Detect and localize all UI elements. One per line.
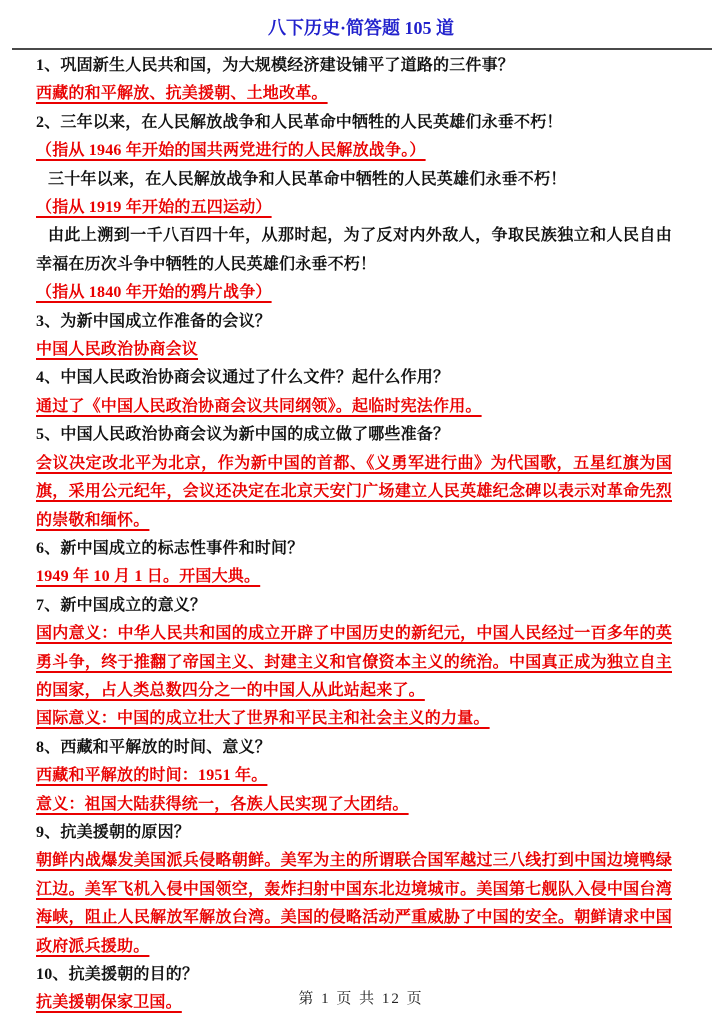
answer-line: 通过了《中国人民政治协商会议共同纲领》。起临时宪法作用。 bbox=[36, 393, 672, 421]
paragraph-line: 三十年以来，在人民解放战争和人民革命中牺牲的人民英雄们永垂不朽！ bbox=[36, 166, 672, 194]
question-line: 7、新中国成立的意义？ bbox=[36, 592, 672, 620]
question-line: 4、中国人民政治协商会议通过了什么文件？起什么作用？ bbox=[36, 364, 672, 392]
answer-line: （指从 1919 年开始的五四运动） bbox=[36, 194, 672, 222]
question-line: 3、为新中国成立作准备的会议？ bbox=[36, 308, 672, 336]
paragraph-line: 由此上溯到一千八百四十年，从那时起，为了反对内外敌人，争取民族独立和人民自由幸福… bbox=[36, 222, 672, 279]
question-line: 8、西藏和平解放的时间、意义？ bbox=[36, 734, 672, 762]
answer-line: 中国人民政治协商会议 bbox=[36, 336, 672, 364]
answer-line: 意义：祖国大陆获得统一，各族人民实现了大团结。 bbox=[36, 791, 672, 819]
page-title: 八下历史·简答题 105 道 bbox=[0, 0, 722, 40]
question-line: 5、中国人民政治协商会议为新中国的成立做了哪些准备？ bbox=[36, 421, 672, 449]
question-line: 9、抗美援朝的原因？ bbox=[36, 819, 672, 847]
question-line: 2、三年以来，在人民解放战争和人民革命中牺牲的人民英雄们永垂不朽！ bbox=[36, 109, 672, 137]
answer-line: 国际意义：中国的成立壮大了世界和平民主和社会主义的力量。 bbox=[36, 705, 672, 733]
qa-list: 1、巩固新生人民共和国，为大规模经济建设铺平了道路的三件事？西藏的和平解放、抗美… bbox=[0, 50, 722, 1018]
answer-line: （指从 1946 年开始的国共两党进行的人民解放战争。） bbox=[36, 137, 672, 165]
answer-line: 会议决定改北平为北京，作为新中国的首都、《义勇军进行曲》为代国歌，五星红旗为国旗… bbox=[36, 450, 672, 535]
question-line: 10、抗美援朝的目的？ bbox=[36, 961, 672, 989]
answer-line: 1949 年 10 月 1 日。开国大典。 bbox=[36, 563, 672, 591]
question-line: 1、巩固新生人民共和国，为大规模经济建设铺平了道路的三件事？ bbox=[36, 52, 672, 80]
answer-line: 西藏和平解放的时间：1951 年。 bbox=[36, 762, 672, 790]
page-number-footer: 第 1 页 共 12 页 bbox=[0, 987, 722, 1008]
question-line: 6、新中国成立的标志性事件和时间？ bbox=[36, 535, 672, 563]
answer-line: （指从 1840 年开始的鸦片战争） bbox=[36, 279, 672, 307]
answer-line: 朝鲜内战爆发美国派兵侵略朝鲜。美军为主的所谓联合国军越过三八线打到中国边境鸭绿江… bbox=[36, 847, 672, 961]
document-page: 八下历史·简答题 105 道 1、巩固新生人民共和国，为大规模经济建设铺平了道路… bbox=[0, 0, 722, 1024]
answer-line: 西藏的和平解放、抗美援朝、土地改革。 bbox=[36, 80, 672, 108]
answer-line: 国内意义：中华人民共和国的成立开辟了中国历史的新纪元，中国人民经过一百多年的英勇… bbox=[36, 620, 672, 705]
